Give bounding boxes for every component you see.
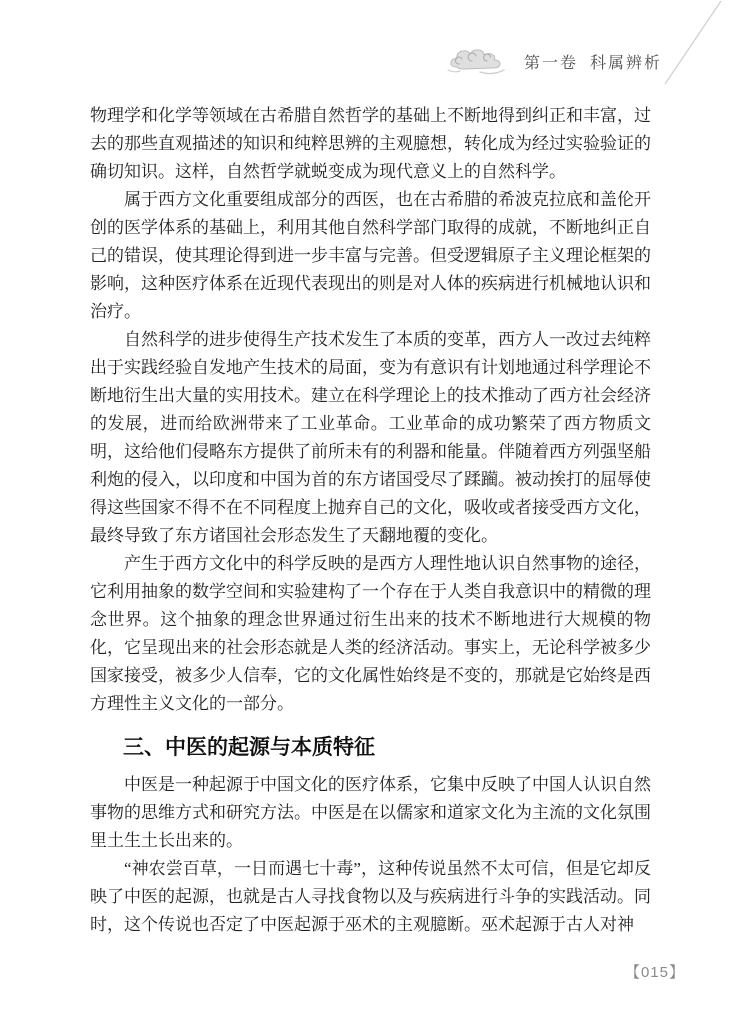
body-paragraph: 中医是一种起源于中国文化的医疗体系，它集中反映了中国人认识自然事物的思维方式和研… (90, 771, 651, 855)
page-header: 第一卷科属辨析 (446, 46, 662, 76)
running-head: 第一卷科属辨析 (524, 50, 662, 73)
body-paragraph: “神农尝百草，一日而遇七十毒”，这种传说虽然不太可信，但是它却反映了中医的起源，… (90, 855, 651, 939)
running-head-volume: 第一卷 (524, 55, 578, 72)
body-paragraph: 自然科学的进步使得生产技术发生了本质的变革，西方人一改过去纯粹出于实践经验自发地… (90, 326, 651, 550)
diagonal-rule (664, 0, 722, 85)
page-number: 【015】 (625, 961, 685, 982)
body-paragraph: 物理学和化学等领域在古希腊自然哲学的基础上不断地得到纠正和丰富，过去的那些直观描… (90, 102, 651, 186)
body-paragraph: 产生于西方文化中的科学反映的是西方人理性地认识自然事物的途径，它利用抽象的数学空… (90, 550, 651, 718)
body-paragraph: 属于西方文化重要组成部分的西医，也在古希腊的希波克拉底和盖伦开创的医学体系的基础… (90, 186, 651, 326)
cloud-ornament-icon (446, 46, 510, 76)
page-body: 物理学和化学等领域在古希腊自然哲学的基础上不断地得到纠正和丰富，过去的那些直观描… (90, 102, 651, 939)
running-head-chapter: 科属辨析 (590, 55, 662, 72)
book-page: 第一卷科属辨析 物理学和化学等领域在古希腊自然哲学的基础上不断地得到纠正和丰富，… (0, 0, 730, 1031)
section-heading: 三、中医的起源与本质特征 (90, 733, 651, 763)
